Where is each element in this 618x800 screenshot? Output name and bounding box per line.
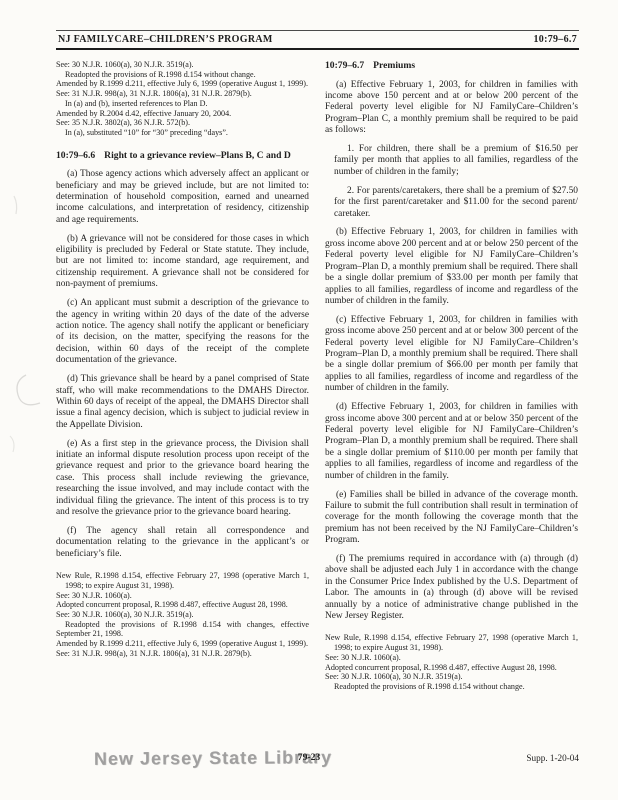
history-line: In (a), substituted “10” for “30” preced… bbox=[56, 128, 309, 138]
paragraph: (a) Those agency actions which adversely… bbox=[56, 169, 309, 226]
history-line: In (a) and (b), inserted references to P… bbox=[56, 99, 309, 109]
paragraph: (e) As a first step in the grievance pro… bbox=[56, 439, 309, 519]
history-line: See: 30 N.J.R. 1060(a), 30 N.J.R. 3519(a… bbox=[56, 60, 309, 70]
history-notes: New Rule, R.1998 d.154, effective Februa… bbox=[325, 633, 578, 691]
history-notes: See: 30 N.J.R. 1060(a), 30 N.J.R. 3519(a… bbox=[56, 60, 309, 138]
history-line: Adopted concurrent proposal, R.1998 d.48… bbox=[325, 663, 578, 673]
history-line: Amended by R.2004 d.42, effective Januar… bbox=[56, 109, 309, 119]
running-header: NJ FAMILYCARE–CHILDREN’S PROGRAM 10:79–6… bbox=[56, 30, 579, 50]
paragraph: (f) The premiums required in accordance … bbox=[325, 554, 578, 622]
running-header-title: NJ FAMILYCARE–CHILDREN’S PROGRAM bbox=[58, 34, 273, 45]
page-number: 79-23 bbox=[298, 752, 320, 763]
paragraph: (b) A grievance will not be considered f… bbox=[56, 234, 309, 291]
paragraph: (c) Effective February 1, 2003, for chil… bbox=[325, 315, 578, 395]
left-column: See: 30 N.J.R. 1060(a), 30 N.J.R. 3519(a… bbox=[56, 58, 309, 692]
history-line: Readopted the provisions of R.1998 d.154… bbox=[56, 70, 309, 80]
paragraph: (f) The agency shall retain all correspo… bbox=[56, 526, 309, 560]
scan-artifact-marks bbox=[0, 0, 60, 800]
history-line: See: 30 N.J.R. 1060(a), 30 N.J.R. 3519(a… bbox=[56, 610, 309, 620]
supplement-date: Supp. 1-20-04 bbox=[526, 753, 579, 763]
history-line: See: 31 N.J.R. 998(a), 31 N.J.R. 1806(a)… bbox=[56, 89, 309, 99]
history-line: See: 30 N.J.R. 1060(a). bbox=[325, 653, 578, 663]
paragraph: (e) Families shall be billed in advance … bbox=[325, 490, 578, 547]
history-line: See: 30 N.J.R. 1060(a). bbox=[56, 591, 309, 601]
history-line: See: 31 N.J.R. 998(a), 31 N.J.R. 1806(a)… bbox=[56, 649, 309, 659]
history-line: Adopted concurrent proposal, R.1998 d.48… bbox=[56, 600, 309, 610]
history-line: New Rule, R.1998 d.154, effective Februa… bbox=[56, 571, 309, 590]
section-heading: 10:79–6.6Right to a grievance review–Pla… bbox=[56, 150, 309, 162]
paragraph: (b) Effective February 1, 2003, for chil… bbox=[325, 227, 578, 307]
paragraph: (d) Effective February 1, 2003, for chil… bbox=[325, 402, 578, 482]
page-content: NJ FAMILYCARE–CHILDREN’S PROGRAM 10:79–6… bbox=[56, 30, 579, 692]
history-line: See: 35 N.J.R. 3802(a), 36 N.J.R. 572(b)… bbox=[56, 118, 309, 128]
paragraph: (c) An applicant must submit a descripti… bbox=[56, 298, 309, 366]
library-stamp: New Jersey State Library bbox=[94, 747, 332, 770]
right-column: 10:79–6.7Premiums(a) Effective February … bbox=[325, 58, 578, 692]
paragraph: 2. For parents/caretakers, there shall b… bbox=[334, 186, 578, 220]
history-line: Readopted the provisions of R.1998 d.154… bbox=[56, 620, 309, 639]
history-line: See: 30 N.J.R. 1060(a), 30 N.J.R. 3519(a… bbox=[325, 672, 578, 682]
page-footer: New Jersey State Library 79-23 Supp. 1-2… bbox=[0, 744, 618, 784]
history-line: Amended by R.1999 d.211, effective July … bbox=[56, 639, 309, 649]
section-number: 10:79–6.6 bbox=[56, 150, 95, 161]
running-header-section-ref: 10:79–6.7 bbox=[533, 34, 577, 45]
paragraph: (a) Effective February 1, 2003, for chil… bbox=[325, 80, 578, 137]
history-notes: New Rule, R.1998 d.154, effective Februa… bbox=[56, 571, 309, 658]
history-line: Amended by R.1999 d.211, effective July … bbox=[56, 79, 309, 89]
section-title: Premiums bbox=[373, 60, 415, 71]
section-title: Right to a grievance review–Plans B, C a… bbox=[104, 150, 291, 161]
two-column-body: See: 30 N.J.R. 1060(a), 30 N.J.R. 3519(a… bbox=[56, 58, 579, 692]
paragraph: 1. For children, there shall be a premiu… bbox=[334, 144, 578, 178]
history-line: Readopted the provisions of R.1998 d.154… bbox=[325, 682, 578, 692]
section-number: 10:79–6.7 bbox=[325, 60, 364, 71]
section-heading: 10:79–6.7Premiums bbox=[325, 60, 578, 72]
history-line: New Rule, R.1998 d.154, effective Februa… bbox=[325, 633, 578, 652]
paragraph: (d) This grievance shall be heard by a p… bbox=[56, 374, 309, 431]
document-page: NJ FAMILYCARE–CHILDREN’S PROGRAM 10:79–6… bbox=[0, 0, 618, 800]
